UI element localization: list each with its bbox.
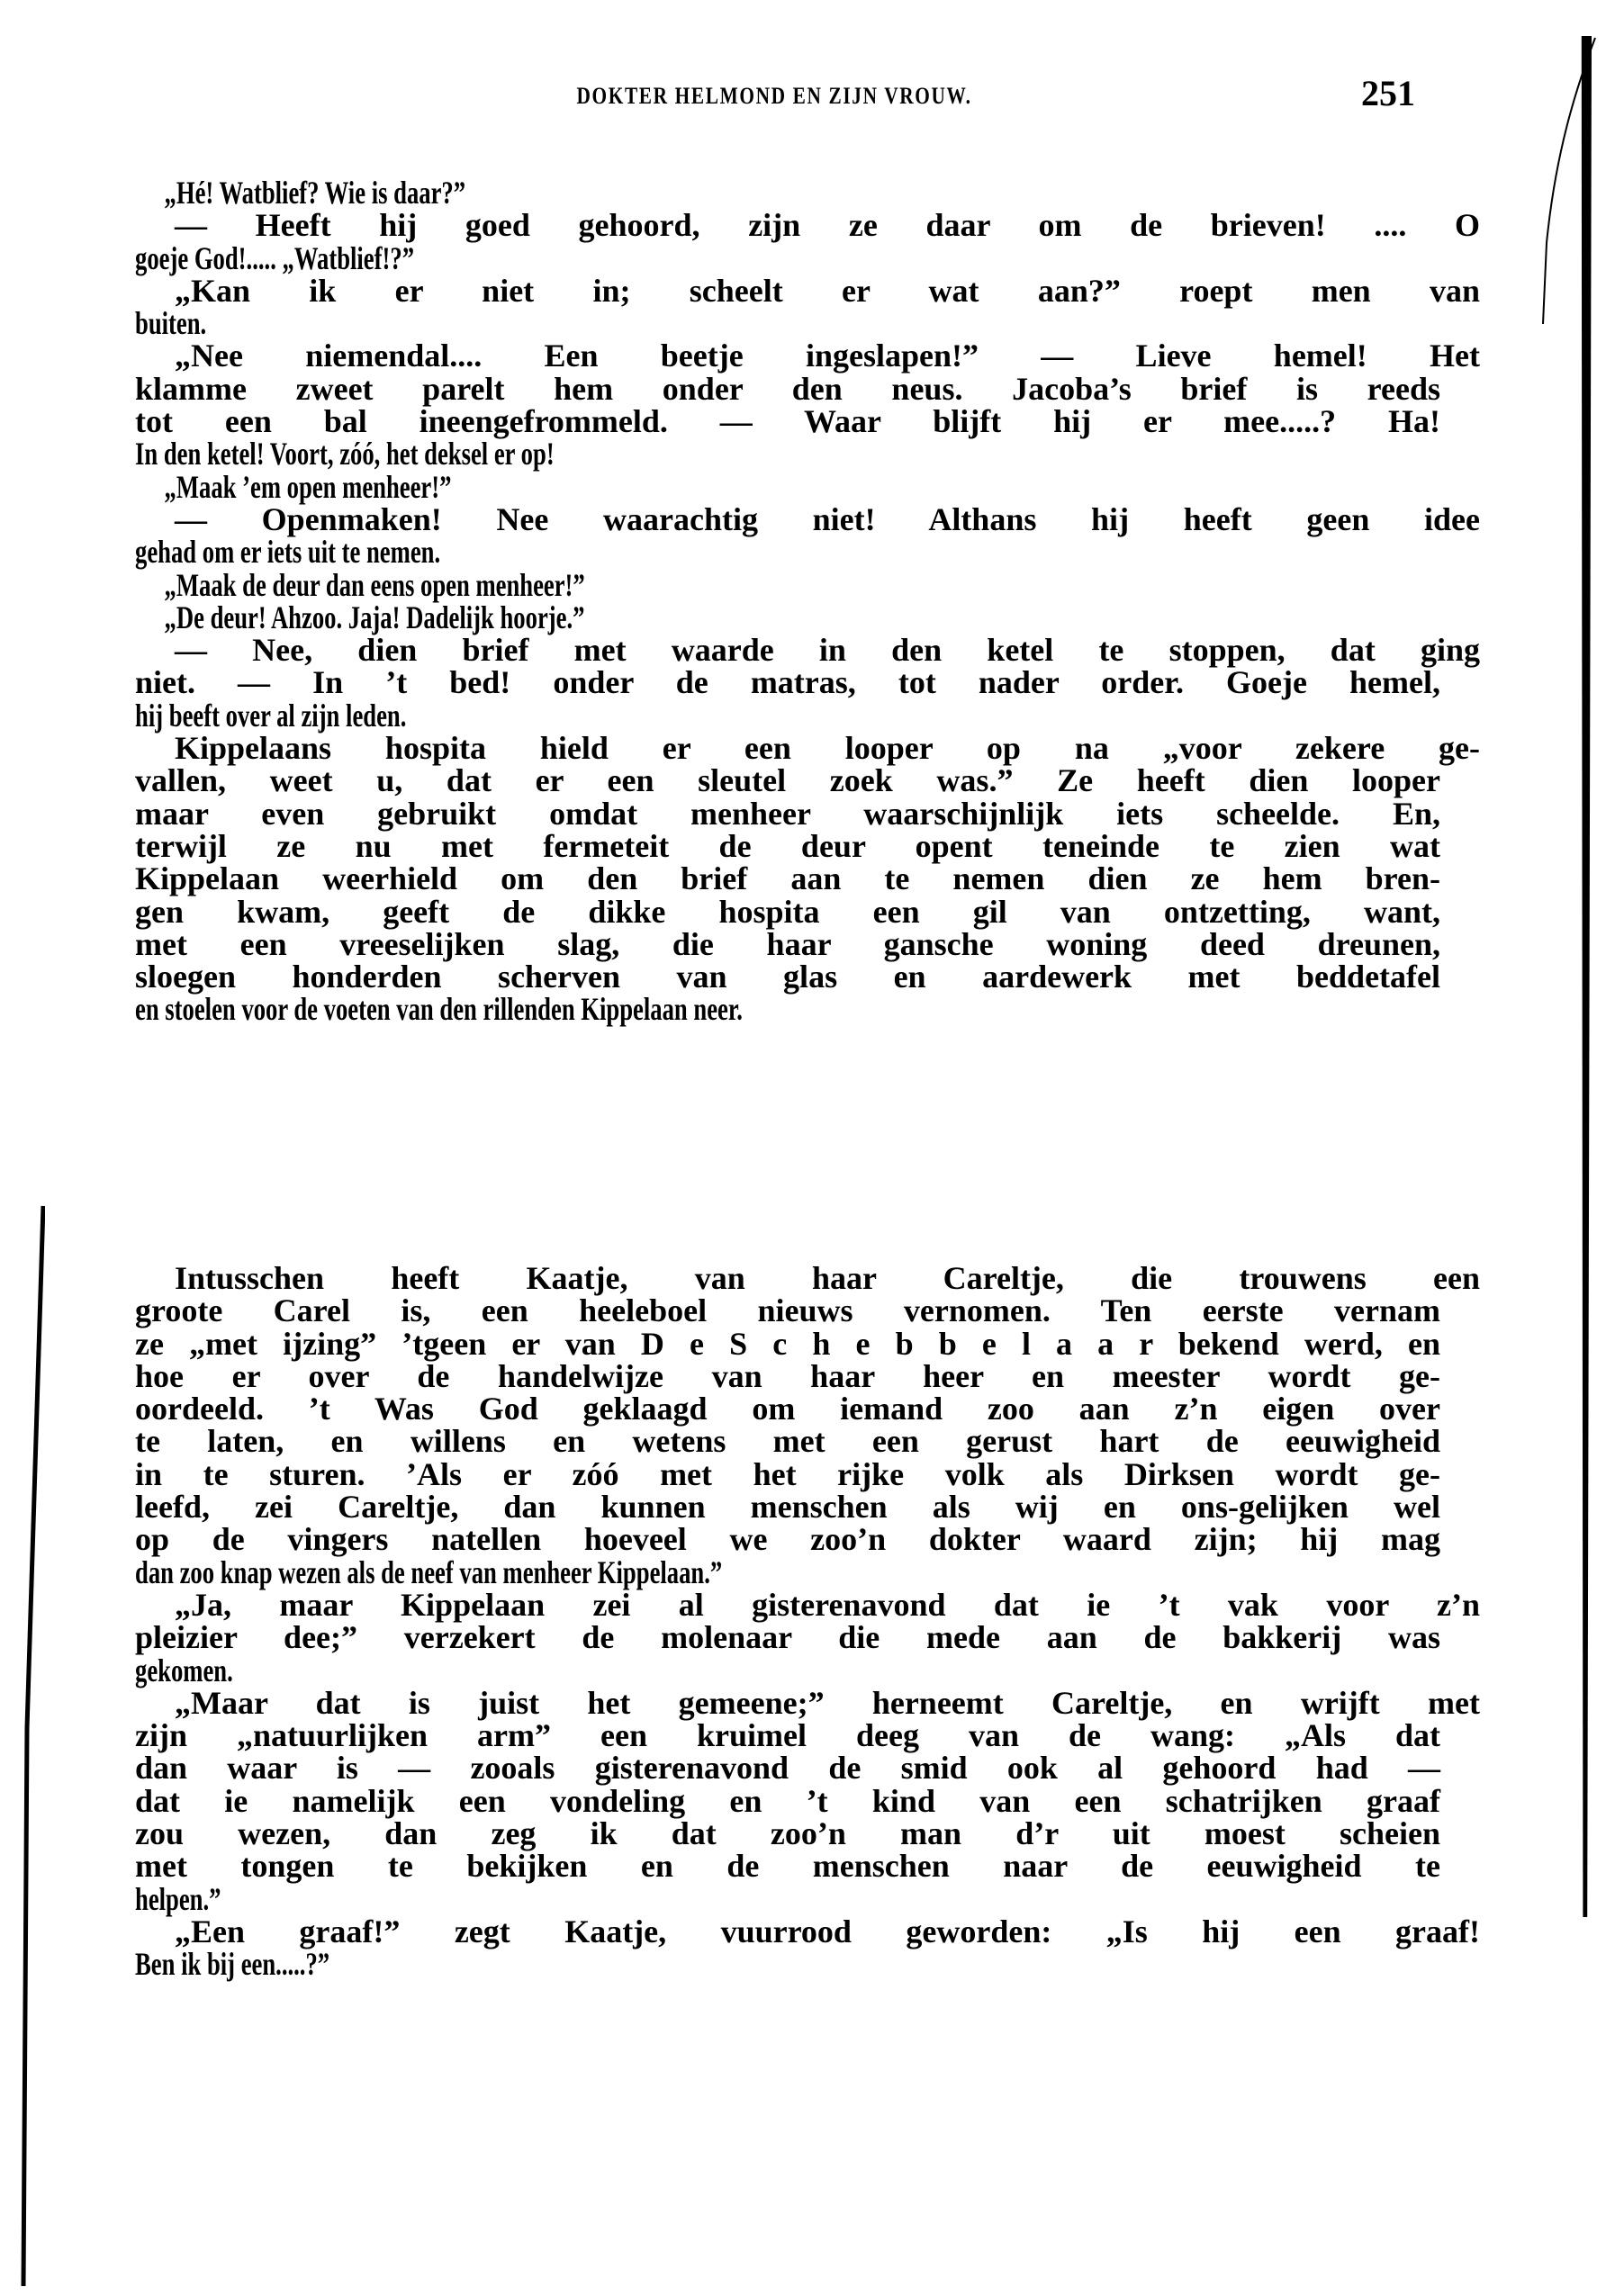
text-line: „Nee niemendal.... Een beetje ingeslapen… <box>135 339 1480 372</box>
text-line: sloegen honderden scherven van glas en a… <box>135 960 1440 993</box>
text-line: zou wezen, dan zeg ik dat zoo’n man d’r … <box>135 1817 1440 1850</box>
text-line: goeje God!..... „Watblief!?” <box>135 242 1101 275</box>
page-number: 251 <box>1361 72 1415 114</box>
text-line: Kippelaan weerhield om den brief aan te … <box>135 862 1440 895</box>
text-line: Intusschen heeft Kaatje, van haar Carelt… <box>135 1262 1480 1294</box>
text-section-2: Intusschen heeft Kaatje, van haar Carelt… <box>135 1262 1440 1981</box>
text-line: niet. — In ’t bed! onder de matras, tot … <box>135 666 1440 698</box>
text-line: buiten. <box>135 307 1101 339</box>
text-line: „De deur! Ahzoo. Jaja! Dadelijk hoorje.” <box>135 601 1101 634</box>
text-line: „Kan ik er niet in; scheelt er wat aan?”… <box>135 275 1480 307</box>
text-line: „Ja, maar Kippelaan zei al gisterenavond… <box>135 1589 1480 1621</box>
text-line: klamme zweet parelt hem onder den neus. … <box>135 373 1440 405</box>
text-line: „Een graaf!” zegt Kaatje, vuurrood gewor… <box>135 1915 1480 1948</box>
text-line: — Heeft hij goed gehoord, zijn ze daar o… <box>135 209 1480 241</box>
text-line: Ben ik bij een.....?” <box>135 1948 1101 1980</box>
text-line: Kippelaans hospita hield er een looper o… <box>135 732 1480 764</box>
text-line: dan zoo knap wezen als de neef van menhe… <box>135 1556 1101 1589</box>
text-line: zijn „natuurlijken arm” een kruimel deeg… <box>135 1719 1440 1751</box>
text-line: „Hé! Watblief? Wie is daar?” <box>135 176 1101 209</box>
text-line: gehad om er iets uit te nemen. <box>135 536 1101 568</box>
running-title: DOKTER HELMOND EN ZIJN VROUW. <box>509 83 1040 110</box>
text-line: terwijl ze nu met fermeteit de deur open… <box>135 830 1440 862</box>
text-line: hij beeft over al zijn leden. <box>135 699 1101 732</box>
text-line: groote Carel is, een heeleboel nieuws ve… <box>135 1294 1440 1327</box>
text-line: „Maak ’em open menheer!” <box>135 471 1101 503</box>
text-line: leefd, zei Careltje, dan kunnen menschen… <box>135 1490 1440 1523</box>
text-line: gen kwam, geeft de dikke hospita een gil… <box>135 896 1440 928</box>
text-line: ze „met ijzing” ’tgeen er van D e S c h … <box>135 1328 1440 1360</box>
text-line: oordeeld. ’t Was God geklaagd om iemand … <box>135 1392 1440 1425</box>
text-line: tot een bal ineengefrommeld. — Waar blij… <box>135 405 1440 437</box>
text-section-1: „Hé! Watblief? Wie is daar?”— Heeft hij … <box>135 176 1440 1026</box>
text-line: maar even gebruikt omdat menheer waarsch… <box>135 797 1440 830</box>
text-line: pleizier dee;” verzekert de molenaar die… <box>135 1621 1440 1653</box>
page-curl-line <box>1512 36 1611 324</box>
text-line: helpen.” <box>135 1883 1101 1915</box>
page-left-edge-line <box>9 1188 45 2286</box>
text-line: dan waar is — zooals gisterenavond de sm… <box>135 1751 1440 1784</box>
text-line: te laten, en willens en wetens met een g… <box>135 1425 1440 1457</box>
text-line: gekomen. <box>135 1654 1101 1687</box>
text-line: met tongen te bekijken en de menschen na… <box>135 1850 1440 1882</box>
text-line: dat ie namelijk een vondeling en ’t kind… <box>135 1785 1440 1817</box>
text-line: — Openmaken! Nee waarachtig niet! Althan… <box>135 503 1480 536</box>
text-line: — Nee, dien brief met waarde in den kete… <box>135 634 1480 666</box>
text-line: „Maak de deur dan eens open menheer!” <box>135 569 1101 601</box>
text-line: vallen, weet u, dat er een sleutel zoek … <box>135 764 1440 797</box>
text-line: „Maar dat is juist het gemeene;” herneem… <box>135 1687 1480 1719</box>
text-line: In den ketel! Voort, zóó, het deksel er … <box>135 437 1101 470</box>
text-line: met een vreeselijken slag, die haar gans… <box>135 928 1440 960</box>
book-page: DOKTER HELMOND EN ZIJN VROUW. 251 „Hé! W… <box>0 0 1624 2296</box>
text-line: op de vingers natellen hoeveel we zoo’n … <box>135 1523 1440 1555</box>
text-line: hoe er over de handelwijze van haar heer… <box>135 1360 1440 1392</box>
text-line: en stoelen voor de voeten van den rillen… <box>135 993 1101 1025</box>
text-line: in te sturen. ’Als er zóó met het rijke … <box>135 1458 1440 1490</box>
